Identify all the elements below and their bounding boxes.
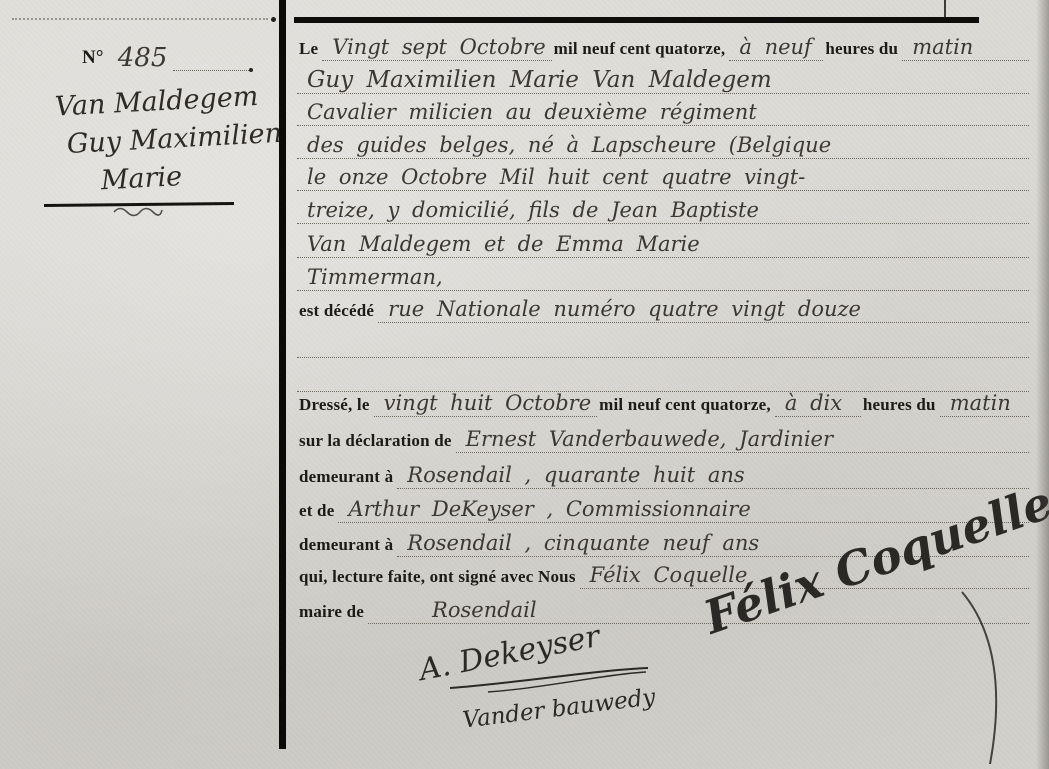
printed-label: sur la déclaration de <box>297 431 456 453</box>
printed-label: mil neuf cent quatorze, <box>552 39 730 61</box>
page-edge-shadow <box>1036 0 1049 769</box>
form-line-mayor-of: maire de Rosendail <box>297 594 1029 624</box>
printed-label: qui, lecture faite, ont signé avec Nous <box>297 567 580 589</box>
handwritten-declarant1: Ernest Vanderbauwede, Jardinier <box>456 427 1029 453</box>
printed-label: heures du <box>861 395 940 417</box>
handwritten-profession: Cavalier milicien au deuxième régiment <box>297 100 763 125</box>
form-line-declarant1: sur la déclaration de Ernest Vanderbauwe… <box>297 423 1029 453</box>
top-scan-artifact-line <box>12 18 268 20</box>
handwritten-deceased-name: Guy Maximilien Marie Van Maldegem <box>297 68 778 93</box>
margin-name-line: Guy Maximilien <box>66 118 283 160</box>
act-number-label: N° <box>80 47 108 71</box>
printed-label: Le <box>297 39 322 61</box>
flourish-mark <box>112 206 164 218</box>
handwritten-line: Guy Maximilien Marie Van Maldegem <box>297 63 1029 94</box>
death-certificate-scan: { "colors": { "paper_bg": "#dcdad5", "in… <box>0 0 1049 769</box>
form-line-record-date: Dressé, le vingt huit Octobre mil neuf c… <box>297 387 1029 417</box>
handwritten-line: des guides belges, né à Lapscheure (Belg… <box>297 128 1029 159</box>
handwritten-record-hour: à dix <box>775 391 861 417</box>
act-number-dotted-tail <box>173 52 251 71</box>
handwritten-filiation: treize, y domicilié, fils de Jean Baptis… <box>297 198 765 223</box>
form-line-death-date: Le Vingt sept Octobre mil neuf cent quat… <box>297 31 1029 61</box>
handwritten-death-hour: à neuf <box>729 35 823 61</box>
handwritten-line: Cavalier milicien au deuxième régiment <box>297 95 1029 126</box>
margin-deceased-name: Van Maldegem Guy Maximilien Marie <box>52 80 272 92</box>
printed-label: demeurant à <box>297 535 397 557</box>
printed-label: demeurant à <box>297 467 397 489</box>
blank-dotted-line <box>297 327 1029 358</box>
handwritten-death-ampm: matin <box>902 35 1029 61</box>
act-body: Le Vingt sept Octobre mil neuf cent quat… <box>297 0 1033 769</box>
handwritten-death-date: Vingt sept Octobre <box>322 35 551 61</box>
handwritten-record-ampm: matin <box>940 391 1029 417</box>
margin-name-line: Van Maldegem <box>54 81 259 123</box>
handwritten-birthdate: le onze Octobre Mil huit cent quatre vin… <box>297 165 811 190</box>
handwritten-mayor-commune: Rosendail <box>368 598 1029 624</box>
handwritten-parents: Van Maldegem et de Emma Marie <box>297 232 706 257</box>
top-scan-artifact-dot <box>271 17 276 22</box>
vertical-divider-rule <box>279 0 286 749</box>
form-line-residence1: demeurant à Rosendail , quarante huit an… <box>297 459 1029 489</box>
form-line-death-place: est décédé rue Nationale numéro quatre v… <box>297 293 1029 323</box>
margin-name-line: Marie <box>100 161 183 196</box>
printed-label: et de <box>297 501 338 523</box>
signature-mayor-flourish <box>948 588 1018 769</box>
printed-label: Dressé, le <box>297 395 374 417</box>
printed-label: est décédé <box>297 301 378 323</box>
printed-label: maire de <box>297 602 368 624</box>
handwritten-record-date: vingt huit Octobre <box>374 391 598 417</box>
handwritten-line: Timmerman, <box>297 260 1029 291</box>
printed-label: mil neuf cent quatorze, <box>597 395 775 417</box>
handwritten-line: treize, y domicilié, fils de Jean Baptis… <box>297 193 1029 224</box>
handwritten-birthplace: des guides belges, né à Lapscheure (Belg… <box>297 133 837 158</box>
handwritten-line: Van Maldegem et de Emma Marie <box>297 227 1029 258</box>
handwritten-death-address: rue Nationale numéro quatre vingt douze <box>378 297 1029 323</box>
act-number-value: 485 <box>108 46 174 71</box>
handwritten-residence1: Rosendail , quarante huit ans <box>397 463 1029 489</box>
handwritten-mother-name: Timmerman, <box>297 265 449 290</box>
handwritten-line: le onze Octobre Mil huit cent quatre vin… <box>297 160 1029 191</box>
act-number-row: N° 485 <box>80 46 251 71</box>
printed-label: heures du <box>823 39 902 61</box>
